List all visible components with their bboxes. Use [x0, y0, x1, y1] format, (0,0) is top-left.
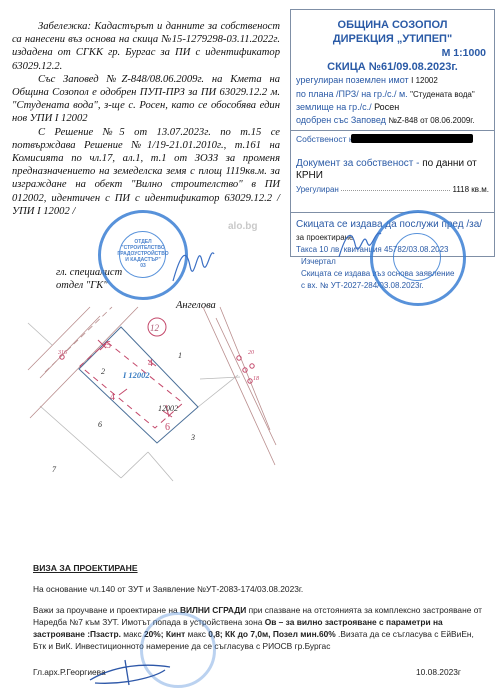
svg-text:6: 6 — [165, 422, 170, 433]
svg-text:3: 3 — [190, 433, 195, 442]
svg-text:4: 4 — [110, 392, 115, 403]
note-paragraph-2: Със Заповед №Z-848/08.06.2009г. на Кмета… — [12, 73, 280, 126]
svg-text:12: 12 — [150, 323, 160, 333]
regulated-area: Урегулиран1118 кв.м. — [291, 182, 494, 194]
svg-text:18: 18 — [253, 376, 259, 382]
directorate-name: ДИРЕКЦИЯ „УТИПЕП" — [291, 32, 494, 46]
municipality-name: ОБЩИНА СОЗОПОЛ — [291, 18, 494, 32]
ownership-document: Документ за собственост - по данни от КР… — [291, 148, 494, 182]
svg-text:5: 5 — [106, 340, 111, 351]
svg-text:1: 1 — [178, 351, 182, 360]
cadastral-map: 12 1 2 3 6 7 12002 I 12002 316 20 18 5 4… — [0, 300, 501, 510]
svg-text:12002: 12002 — [158, 404, 178, 413]
row-plan: по плана /ПРЗ/ на гр./с./ м. "Студената … — [291, 88, 494, 102]
watermark: alo.bg — [228, 221, 257, 232]
visa-title: ВИЗА ЗА ПРОЕКТИРАНЕ — [33, 562, 483, 574]
svg-text:7: 7 — [52, 465, 57, 474]
visa-date: 10.08.2023г — [416, 666, 461, 678]
signature-chief-architect — [85, 655, 175, 690]
redacted-owner — [351, 134, 473, 143]
signature-drawn-by — [335, 222, 385, 262]
svg-text:20: 20 — [248, 350, 254, 356]
svg-text:2: 2 — [101, 367, 105, 376]
row-land: землище на гр./с./ Росен — [291, 101, 494, 114]
owner-row: Собственост на — [291, 131, 494, 148]
svg-text:I 12002: I 12002 — [122, 370, 150, 380]
row-upi: урегулиран поземлен имот I 12002 — [291, 74, 494, 88]
svg-text:316: 316 — [57, 350, 67, 356]
svg-text:6: 6 — [98, 420, 102, 429]
map-scale: М 1:1000 — [291, 46, 494, 60]
visa-conditions: Важи за проучване и проектиране на ВИЛНИ… — [33, 604, 483, 652]
svg-text:4: 4 — [148, 358, 153, 369]
row-order: одобрен със Заповед №Z-848 от 08.06.2009… — [291, 114, 494, 128]
sketch-number: СКИЦА №61/09.08.2023г. — [291, 60, 494, 74]
cadastre-note: Забележка: Кадастърът и данните за собст… — [12, 20, 280, 218]
visa-basis: На основание чл.140 от ЗУТ и Заявление №… — [33, 583, 483, 595]
note-paragraph-3: С Решение №5 от 13.07.2023г. по т.15 се … — [12, 126, 280, 218]
note-paragraph-1: Забележка: Кадастърът и данните за собст… — [12, 20, 280, 73]
parcel-boundary — [79, 327, 198, 443]
signature-specialist — [168, 236, 218, 286]
